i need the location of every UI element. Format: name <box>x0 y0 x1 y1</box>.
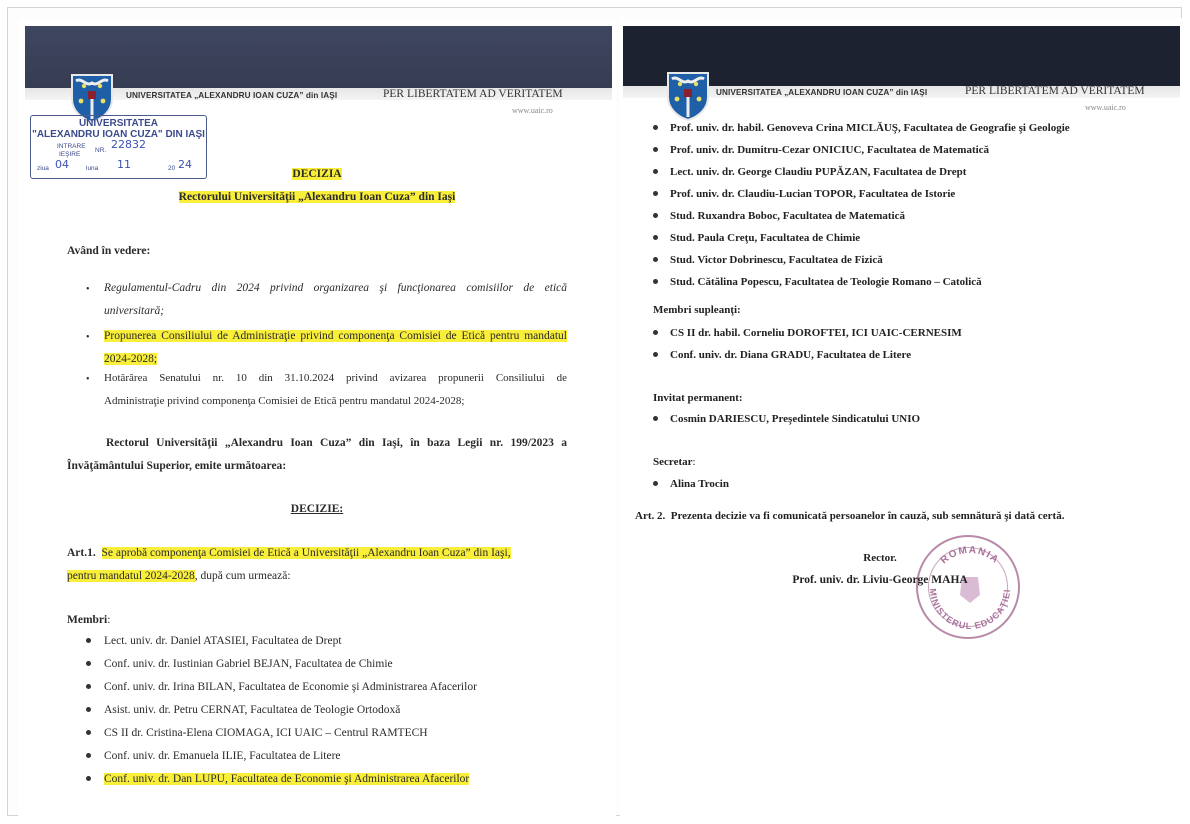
art2-label: Art. 2. <box>635 510 665 522</box>
member-item: Stud. Victor Dobrinescu, Facultatea de F… <box>653 254 883 266</box>
bullet-icon: • <box>86 374 90 385</box>
bullet-icon <box>653 125 658 130</box>
secretary-label: Secretar: <box>653 456 696 468</box>
considering-label: Având în vedere: <box>67 245 150 257</box>
registry-out-label: IEŞIRE <box>59 151 80 158</box>
bullet-icon <box>653 257 658 262</box>
art1-suffix: , după cum urmează: <box>195 570 291 582</box>
member-item: Lect. univ. dr. Daniel ATASIEI, Facultat… <box>86 635 342 647</box>
bullet-icon <box>86 638 91 643</box>
university-name: UNIVERSITATEA „ALEXANDRU IOAN CUZA” din … <box>126 91 337 100</box>
registry-number: 22832 <box>111 138 146 151</box>
member-item: CS II dr. Cristina-Elena CIOMAGA, ICI UA… <box>86 727 428 739</box>
art1-mandate: pentru mandatul 2024-2028 <box>67 570 195 582</box>
member-item: Stud. Paula Creţu, Facultatea de Chimie <box>653 232 860 244</box>
university-website: www.uaic.ro <box>1085 103 1126 112</box>
bullet-icon <box>86 776 91 781</box>
bullet-icon <box>653 352 658 357</box>
bullet-icon: • <box>86 284 90 295</box>
members-label: Membri: <box>67 614 110 626</box>
member-item: Conf. univ. dr. Emanuela ILIE, Facultate… <box>86 750 341 762</box>
considering-item-2-line1-wrap: Propunerea Consiliului de Administraţie … <box>104 330 567 342</box>
bullet-icon <box>653 169 658 174</box>
preamble-line2-wrap: Învăţământului Superior, emite următoare… <box>67 460 286 472</box>
substitute-item: Conf. univ. dr. Diana GRADU, Facultatea … <box>653 349 911 361</box>
bullet-icon <box>653 416 658 421</box>
permanent-guest-item: Cosmin DARIESCU, Preşedintele Sindicatul… <box>653 413 920 425</box>
considering-item-3-line2: Administraţie privind componenţa Comisie… <box>104 395 464 407</box>
registry-in-label: INTRARE <box>57 143 86 150</box>
bullet-icon <box>653 147 658 152</box>
art1-line1: Art.1. Se aprobă componenţa Comisiei de … <box>67 547 511 559</box>
decision-subtitle: Rectorului Universităţii „Alexandru Ioan… <box>179 191 456 203</box>
registry-nr-label: NR. <box>95 147 106 154</box>
considering-item-2-line2: 2024-2028; <box>104 353 157 365</box>
member-item: Stud. Ruxandra Boboc, Facultatea de Mate… <box>653 210 905 222</box>
considering-item-1-line2: universitară; <box>104 305 164 317</box>
bullet-icon <box>653 481 658 486</box>
considering-item-2-line2-wrap: 2024-2028; <box>104 353 157 365</box>
member-item: Conf. univ. dr. Iustinian Gabriel BEJAN,… <box>86 658 393 670</box>
bullet-icon: • <box>86 332 90 343</box>
decision-title-wrap: DECIZIA <box>18 168 616 180</box>
university-website: www.uaic.ro <box>512 106 553 115</box>
signer-name: Prof. univ. dr. Liviu-George MAHA <box>620 574 1140 586</box>
member-item: Prof. univ. dr. Dumitru-Cezar ONICIUC, F… <box>653 144 989 156</box>
member-item: Lect. univ. dr. George Claudiu PUPĂZAN, … <box>653 166 966 178</box>
art2-text: Prezenta decizie va fi comunicată persoa… <box>671 510 1065 522</box>
substitute-item: CS II dr. habil. Corneliu DOROFTEI, ICI … <box>653 327 962 339</box>
university-name: UNIVERSITATEA „ALEXANDRU IOAN CUZA” din … <box>716 88 927 97</box>
preamble-line1: Rectorul Universităţii „Alexandru Ioan C… <box>106 437 567 449</box>
bullet-icon <box>653 235 658 240</box>
document-viewer-frame: UNIVERSITATEA „ALEXANDRU IOAN CUZA” din … <box>7 7 1182 816</box>
bullet-icon <box>86 684 91 689</box>
bullet-icon <box>653 191 658 196</box>
substitutes-label: Membri supleanţi: <box>653 304 741 316</box>
official-seal: ROMANIA MINISTERUL EDUCAŢIEI <box>916 535 1020 639</box>
university-crest-icon <box>666 71 710 121</box>
document-page-1: UNIVERSITATEA „ALEXANDRU IOAN CUZA” din … <box>18 18 616 818</box>
registry-stamp-line1: UNIVERSITATEA <box>31 118 206 129</box>
decision-title: DECIZIA <box>292 168 341 180</box>
university-motto: PER LIBERTATEM AD VERITATEM <box>965 85 1145 97</box>
secretary-item: Alina Trocin <box>653 478 729 490</box>
member-item-highlighted: Conf. univ. dr. Dan LUPU, Facultatea de … <box>86 773 469 785</box>
bullet-icon <box>86 753 91 758</box>
art1-line2: pentru mandatul 2024-2028, după cum urme… <box>67 570 291 582</box>
bullet-icon <box>86 730 91 735</box>
permanent-guest-label: Invitat permanent: <box>653 392 743 404</box>
bullet-icon <box>86 707 91 712</box>
art1-label: Art.1. <box>67 547 96 559</box>
member-item: Stud. Cătălina Popescu, Facultatea de Te… <box>653 276 982 288</box>
decision-subtitle-wrap: Rectorului Universităţii „Alexandru Ioan… <box>18 191 616 203</box>
considering-item-1-line1: Regulamentul-Cadru din 2024 privind orga… <box>104 282 567 294</box>
member-item: Conf. univ. dr. Irina BILAN, Facultatea … <box>86 681 477 693</box>
svg-text:ROMANIA: ROMANIA <box>939 545 1002 567</box>
bullet-icon <box>653 213 658 218</box>
bullet-icon <box>653 330 658 335</box>
preamble-line2: Învăţământului Superior, emite următoare… <box>67 460 282 472</box>
decision-heading: DECIZIE: <box>18 503 616 515</box>
signer-title: Rector. <box>620 552 1140 564</box>
bullet-icon <box>653 279 658 284</box>
member-item: Prof. univ. dr. habil. Genoveva Crina MI… <box>653 122 1070 134</box>
art2: Art. 2. Prezenta decizie va fi comunicat… <box>635 510 1064 522</box>
considering-item-3-line1: Hotărârea Senatului nr. 10 din 31.10.202… <box>104 372 567 384</box>
member-item: Prof. univ. dr. Claudiu-Lucian TOPOR, Fa… <box>653 188 955 200</box>
considering-item-2-line1: Propunerea Consiliului de Administraţie … <box>104 330 567 342</box>
art1-text: Se aprobă componenţa Comisiei de Etică a… <box>102 547 511 559</box>
university-motto: PER LIBERTATEM AD VERITATEM <box>383 88 563 100</box>
member-item: Asist. univ. dr. Petru CERNAT, Facultate… <box>86 704 400 716</box>
bullet-icon <box>86 661 91 666</box>
document-page-2: UNIVERSITATEA „ALEXANDRU IOAN CUZA” din … <box>620 18 1188 818</box>
